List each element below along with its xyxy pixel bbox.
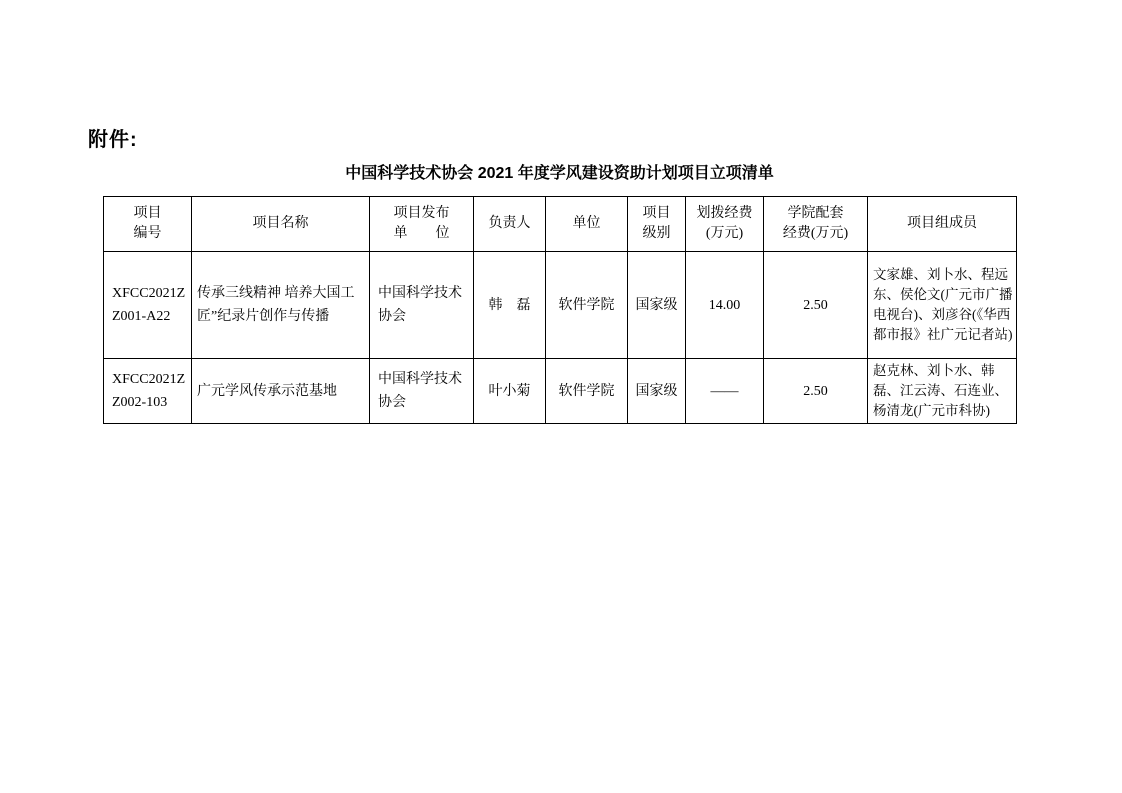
cell-allocated-funds: 14.00 (686, 252, 764, 359)
cell-project-name: 传承三线精神 培养大国工匠”纪录片创作与传播 (192, 252, 370, 359)
cell-project-level: 国家级 (628, 252, 686, 359)
cell-unit: 软件学院 (546, 252, 628, 359)
cell-leader: 叶小菊 (474, 359, 546, 424)
cell-issuing-unit: 中国科学技术协会 (370, 359, 474, 424)
cell-project-name: 广元学风传承示范基地 (192, 359, 370, 424)
header-project-level: 项目 级别 (628, 197, 686, 252)
cell-allocated-funds: —— (686, 359, 764, 424)
cell-issuing-unit: 中国科学技术协会 (370, 252, 474, 359)
cell-team-members: 赵克林、刘卜水、韩磊、江云涛、石连业、杨清龙(广元市科协) (868, 359, 1017, 424)
header-allocated-funds: 划拨经费 (万元) (686, 197, 764, 252)
page-title: 中国科学技术协会 2021 年度学风建设资助计划项目立项清单 (103, 160, 1016, 183)
attachment-label: 附件: (88, 123, 138, 152)
header-leader: 负责人 (474, 197, 546, 252)
cell-project-id: XFCC2021Z Z002-103 (104, 359, 192, 424)
cell-unit: 软件学院 (546, 359, 628, 424)
table-row: XFCC2021Z Z001-A22 传承三线精神 培养大国工匠”纪录片创作与传… (104, 252, 1017, 359)
table-header-row: 项目 编号 项目名称 项目发布 单 位 负责人 单位 项目 级别 划拨经费 (万… (104, 197, 1017, 252)
header-team-members: 项目组成员 (868, 197, 1017, 252)
cell-team-members: 文家雄、刘卜水、程远东、侯伦文(广元市广播电视台)、刘彦谷(《华西都市报》社广元… (868, 252, 1017, 359)
header-unit: 单位 (546, 197, 628, 252)
cell-college-matching-funds: 2.50 (764, 359, 868, 424)
header-issuing-unit: 项目发布 单 位 (370, 197, 474, 252)
cell-project-level: 国家级 (628, 359, 686, 424)
cell-leader: 韩 磊 (474, 252, 546, 359)
project-list-table: 项目 编号 项目名称 项目发布 单 位 负责人 单位 项目 级别 划拨经费 (万… (103, 196, 1017, 424)
cell-project-id: XFCC2021Z Z001-A22 (104, 252, 192, 359)
header-college-matching-funds: 学院配套 经费(万元) (764, 197, 868, 252)
header-project-name: 项目名称 (192, 197, 370, 252)
header-project-id: 项目 编号 (104, 197, 192, 252)
cell-college-matching-funds: 2.50 (764, 252, 868, 359)
table-row: XFCC2021Z Z002-103 广元学风传承示范基地 中国科学技术协会 叶… (104, 359, 1017, 424)
